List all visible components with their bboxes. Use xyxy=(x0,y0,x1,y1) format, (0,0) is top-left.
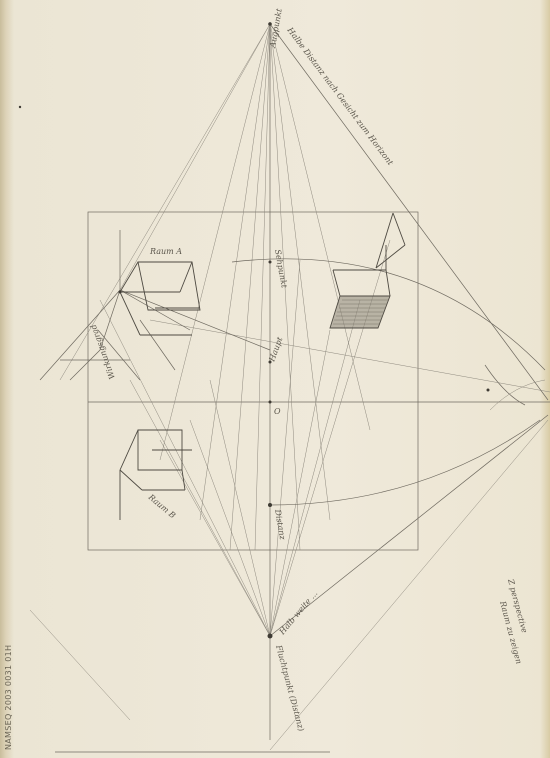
annotation-top-diagonal: Halbe Distanz nach Gesicht zum Horizont xyxy=(285,25,396,168)
annotation-bottom-point: Fluchtpunkt (Distanz) xyxy=(274,643,306,732)
annotation-raum-b: Raum B xyxy=(146,492,177,520)
annotation-o: O xyxy=(274,407,281,416)
box-raum-a xyxy=(120,262,200,335)
annotation-distanz: Distanz xyxy=(273,508,287,541)
shaded-box xyxy=(330,213,405,328)
perspective-drawing: Augpunkt Halbe Distanz nach Gesicht zum … xyxy=(0,0,550,758)
annotation-sehpunkt: Sehpunkt xyxy=(273,249,289,290)
annotation-left-label: Wirkungsgrad xyxy=(89,323,117,380)
accession-number: NAMSEQ 2003 0031 01H xyxy=(4,645,13,750)
sketchbook-page: Augpunkt Halbe Distanz nach Gesicht zum … xyxy=(0,0,550,758)
annotation-raum-a: Raum A xyxy=(149,247,182,256)
annotation-bottom-diag: Halb weite ... xyxy=(277,589,319,637)
